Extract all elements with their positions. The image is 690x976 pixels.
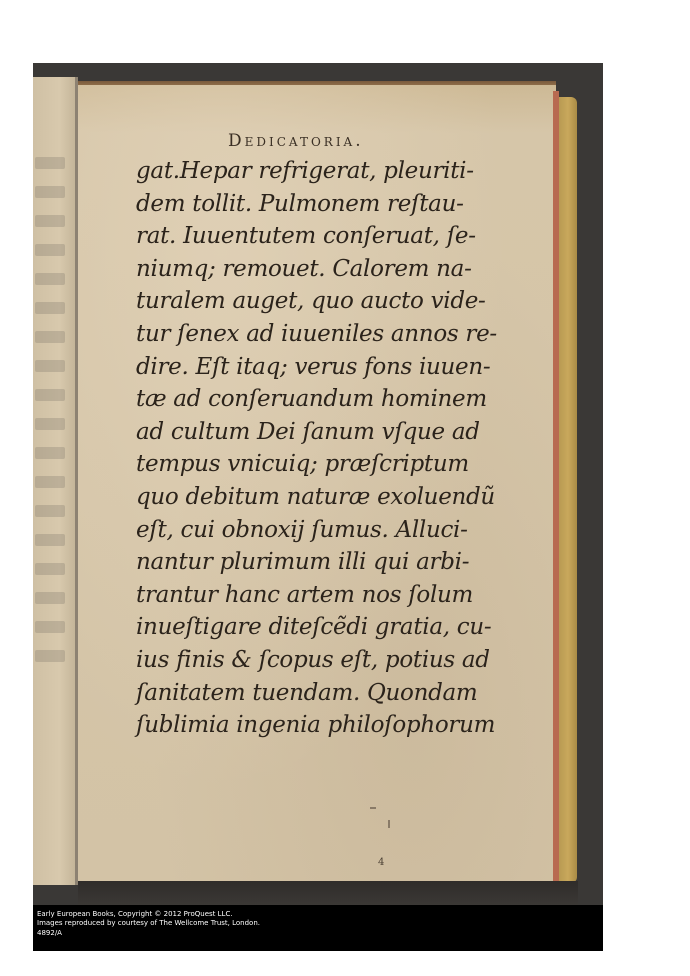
page-bottom-shadow bbox=[78, 881, 578, 905]
text-line: tempus vnicuiq; præſcriptum bbox=[136, 448, 541, 481]
text-line: trantur hanc artem nos ſolum bbox=[136, 579, 541, 612]
book-page: Dedicatoria. gat.Hepar refrigerat, pleur… bbox=[78, 85, 556, 885]
footer-reference-id: 4892/A bbox=[37, 929, 603, 938]
text-line: gat.Hepar refrigerat, pleuriti- bbox=[136, 155, 541, 188]
copyright-footer: Early European Books, Copyright © 2012 P… bbox=[33, 905, 603, 951]
text-line: tæ ad conſeruandum hominem bbox=[136, 383, 541, 416]
text-line: niumq; remouet. Calorem na- bbox=[136, 253, 541, 286]
signature-mark: 4 bbox=[378, 857, 384, 868]
gilt-page-edge bbox=[559, 97, 577, 883]
text-line: eſt, cui obnoxij ſumus. Alluci- bbox=[136, 514, 541, 547]
paper-speck bbox=[388, 820, 390, 828]
text-line: nantur plurimum illi qui arbi- bbox=[136, 546, 541, 579]
text-line: dire. Eſt itaq; verus fons iuuen- bbox=[136, 351, 541, 384]
footer-courtesy: Images reproduced by courtesy of The Wel… bbox=[37, 919, 603, 928]
text-line: turalem auget, quo aucto vide- bbox=[136, 285, 541, 318]
scanned-book-image: Dedicatoria. gat.Hepar refrigerat, pleur… bbox=[33, 63, 603, 905]
text-line: quo debitum naturæ exoluendũ bbox=[136, 481, 541, 514]
footer-copyright: Early European Books, Copyright © 2012 P… bbox=[37, 910, 603, 919]
text-line: rat. Iuuentutem conſeruat, ſe- bbox=[136, 220, 541, 253]
text-line: inueſtigare diteſcẽdi gratia, cu- bbox=[136, 611, 541, 644]
running-head: Dedicatoria. bbox=[228, 131, 364, 151]
text-line: ad cultum Dei ſanum vſque ad bbox=[136, 416, 541, 449]
text-line: ſanitatem tuendam. Quondam bbox=[136, 677, 541, 710]
page-text-block: gat.Hepar refrigerat, pleuriti- dem toll… bbox=[136, 155, 541, 742]
paper-speck bbox=[370, 807, 376, 809]
facing-page-edge bbox=[33, 77, 77, 885]
facing-page-bleed-text bbox=[35, 157, 71, 679]
text-line: tur ſenex ad iuueniles annos re- bbox=[136, 318, 541, 351]
text-line: ſublimia ingenia philoſophorum bbox=[136, 709, 541, 742]
text-line: ius finis & ſcopus eſt, potius ad bbox=[136, 644, 541, 677]
text-line: dem tollit. Pulmonem reſtau- bbox=[136, 188, 541, 221]
